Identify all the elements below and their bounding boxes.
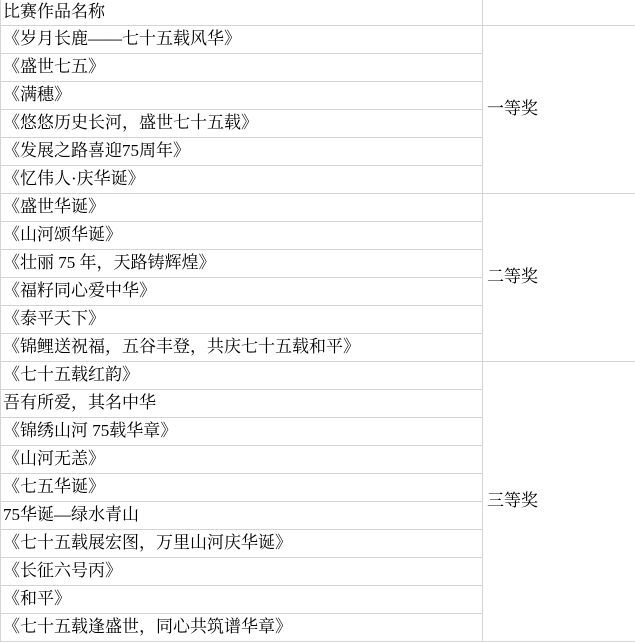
work-title-cell[interactable]: 《泰平天下》 xyxy=(1,306,483,334)
work-title-cell[interactable]: 《满穗》 xyxy=(1,82,483,110)
award-cell[interactable]: 二等奖 xyxy=(483,194,635,362)
table-row: 《盛世华诞》二等奖 xyxy=(1,194,635,222)
work-title-cell[interactable]: 《长征六号丙》 xyxy=(1,558,483,586)
awards-table-body: 比赛作品名称 《岁月长鹿——七十五载风华》一等奖《盛世七五》《满穗》《悠悠历史长… xyxy=(1,0,635,642)
work-title-cell[interactable]: 《忆伟人·庆华诞》 xyxy=(1,166,483,194)
work-title-cell[interactable]: 《盛世七五》 xyxy=(1,54,483,82)
work-title-cell[interactable]: 《壮丽 75 年，天路铸辉煌》 xyxy=(1,250,483,278)
table-row: 《七十五载红韵》三等奖 xyxy=(1,362,635,390)
award-cell[interactable]: 三等奖 xyxy=(483,362,635,642)
work-title-cell[interactable]: 《盛世华诞》 xyxy=(1,194,483,222)
work-title-cell[interactable]: 吾有所爱，其名中华 xyxy=(1,390,483,418)
table-row: 《岁月长鹿——七十五载风华》一等奖 xyxy=(1,26,635,54)
work-title-cell[interactable]: 《福籽同心爱中华》 xyxy=(1,278,483,306)
awards-table: 比赛作品名称 《岁月长鹿——七十五载风华》一等奖《盛世七五》《满穗》《悠悠历史长… xyxy=(0,0,635,642)
work-title-cell[interactable]: 《七十五载展宏图，万里山河庆华诞》 xyxy=(1,530,483,558)
award-cell[interactable]: 一等奖 xyxy=(483,26,635,194)
header-row: 比赛作品名称 xyxy=(1,0,635,26)
work-title-cell[interactable]: 《山河无恙》 xyxy=(1,446,483,474)
work-title-cell[interactable]: 《悠悠历史长河，盛世七十五载》 xyxy=(1,110,483,138)
work-title-cell[interactable]: 《岁月长鹿——七十五载风华》 xyxy=(1,26,483,54)
work-title-cell[interactable]: 《七十五载红韵》 xyxy=(1,362,483,390)
work-title-cell[interactable]: 《发展之路喜迎75周年》 xyxy=(1,138,483,166)
work-title-cell[interactable]: 《和平》 xyxy=(1,586,483,614)
header-name-cell[interactable]: 比赛作品名称 xyxy=(1,0,483,26)
work-title-cell[interactable]: 《锦鲤送祝福，五谷丰登，共庆七十五载和平》 xyxy=(1,334,483,362)
work-title-cell[interactable]: 75华诞—绿水青山 xyxy=(1,502,483,530)
work-title-cell[interactable]: 《锦绣山河 75载华章》 xyxy=(1,418,483,446)
header-award-cell[interactable] xyxy=(483,0,635,26)
work-title-cell[interactable]: 《七五华诞》 xyxy=(1,474,483,502)
work-title-cell[interactable]: 《山河颂华诞》 xyxy=(1,222,483,250)
work-title-cell[interactable]: 《七十五载逢盛世，同心共筑谱华章》 xyxy=(1,614,483,642)
